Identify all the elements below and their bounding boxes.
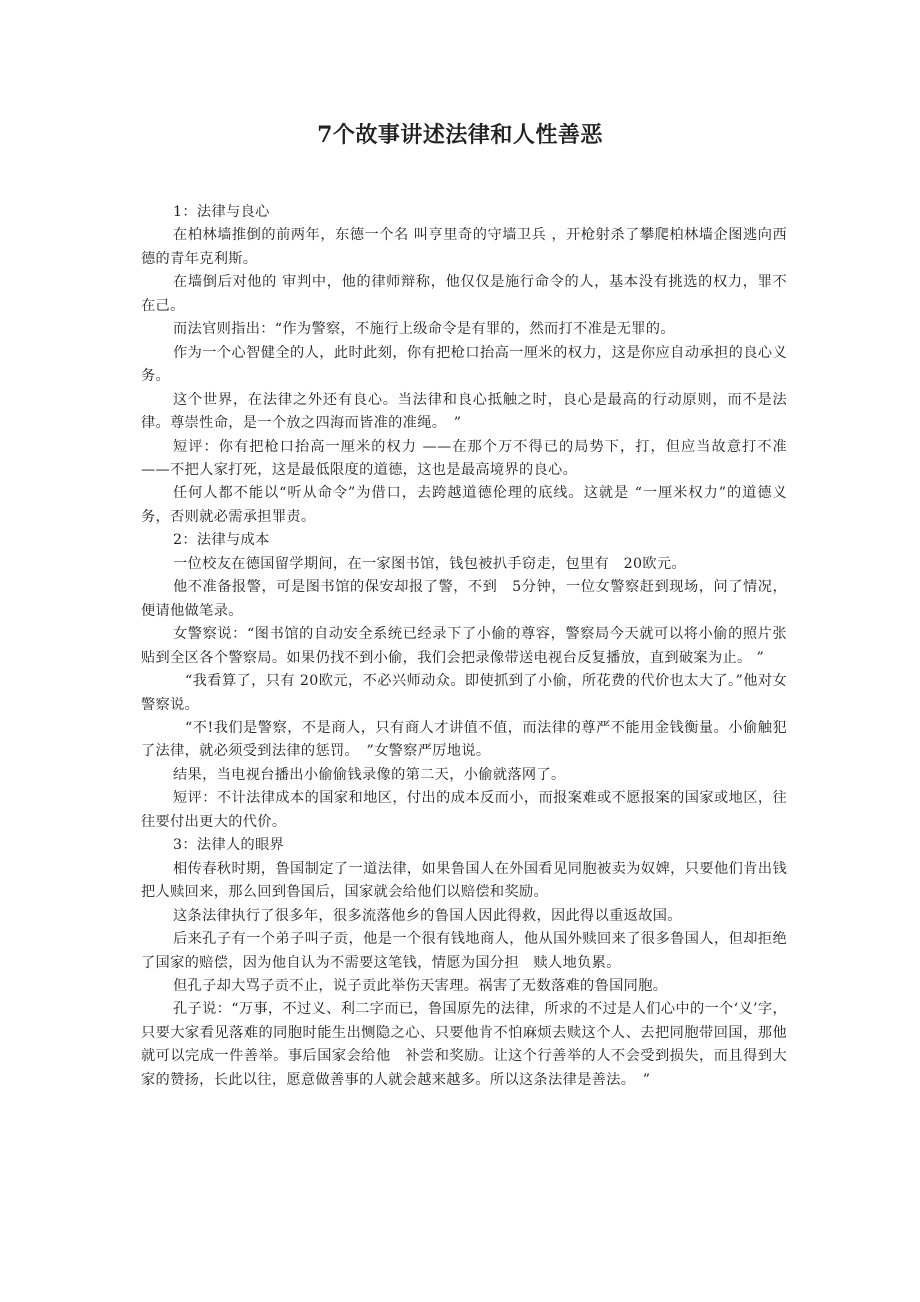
- paragraph: 而法官则指出：“作为警察，不施行上级命令是有罪的，然而打不准是无罪的。: [141, 318, 787, 341]
- paragraph-commentary: 短评：你有把枪口抬高一厘米的权力 ——在那个万不得已的局势下，打，但应当故意打不…: [141, 436, 787, 483]
- paragraph: 但孔子却大骂子贡不止，说子贡此举伤天害理。祸害了无数落难的鲁国同胞。: [141, 975, 787, 998]
- document-title: 7个故事讲述法律和人性善恶: [0, 118, 920, 149]
- paragraph: 女警察说：“图书馆的自动安全系统已经录下了小偷的尊容，警察局今天就可以将小偷的照…: [141, 623, 787, 670]
- paragraph: 这个世界，在法律之外还有良心。当法律和良心抵触之时，良心是最高的行动原则，而不是…: [141, 389, 787, 436]
- document-body: 1：法律与良心 在柏林墙推倒的前两年，东德一个名 叫亨里奇的守墙卫兵 ，开枪射杀…: [141, 201, 787, 1092]
- paragraph: 这条法律执行了很多年，很多流落他乡的鲁国人因此得救，因此得以重返故国。: [141, 905, 787, 928]
- paragraph: 相传春秋时期，鲁国制定了一道法律，如果鲁国人在外国看见同胞被卖为奴婢，只要他们肯…: [141, 858, 787, 905]
- paragraph: 作为一个心智健全的人，此时此刻，你有把枪口抬高一厘米的权力，这是你应自动承担的良…: [141, 342, 787, 389]
- paragraph: 在墙倒后对他的 审判中，他的律师辩称，他仅仅是施行命令的人，基本没有挑选的权力，…: [141, 271, 787, 318]
- paragraph-commentary: 短评：不计法律成本的国家和地区，付出的成本反而小，而报案难或不愿报案的国家或地区…: [141, 787, 787, 834]
- paragraph: 在柏林墙推倒的前两年，东德一个名 叫亨里奇的守墙卫兵 ，开枪射杀了攀爬柏林墙企图…: [141, 224, 787, 271]
- paragraph: 孔子说：“万事，不过义、利二字而已，鲁国原先的法律，所求的不过是人们心中的一个‘…: [141, 998, 787, 1092]
- section-heading-law-and-conscience: 1：法律与良心: [141, 201, 787, 224]
- section-heading-legal-vision: 3：法律人的眼界: [141, 834, 787, 857]
- paragraph-quote: “我看算了，只有 20欧元，不必兴师动众。即使抓到了小偷，所花费的代价也太大了。…: [141, 670, 787, 717]
- paragraph: 一位校友在德国留学期间，在一家图书馆，钱包被扒手窃走，包里有 20欧元。: [141, 553, 787, 576]
- document-page: 7个故事讲述法律和人性善恶 1：法律与良心 在柏林墙推倒的前两年，东德一个名 叫…: [0, 0, 920, 1302]
- paragraph: 结果，当电视台播出小偷偷钱录像的第二天，小偷就落网了。: [141, 764, 787, 787]
- paragraph: 任何人都不能以“听从命令”为借口，去跨越道德伦理的底线。这就是 “一厘米权力”的…: [141, 482, 787, 529]
- section-heading-law-and-cost: 2：法律与成本: [141, 529, 787, 552]
- paragraph: 后来孔子有一个弟子叫子贡，他是一个很有钱地商人，他从国外赎回来了很多鲁国人，但却…: [141, 928, 787, 975]
- paragraph: 他不准备报警，可是图书馆的保安却报了警，不到 5分钟，一位女警察赶到现场，问了情…: [141, 576, 787, 623]
- paragraph-quote: “不!我们是警察，不是商人，只有商人才讲值不值，而法律的尊严不能用金钱衡量。小偷…: [141, 717, 787, 764]
